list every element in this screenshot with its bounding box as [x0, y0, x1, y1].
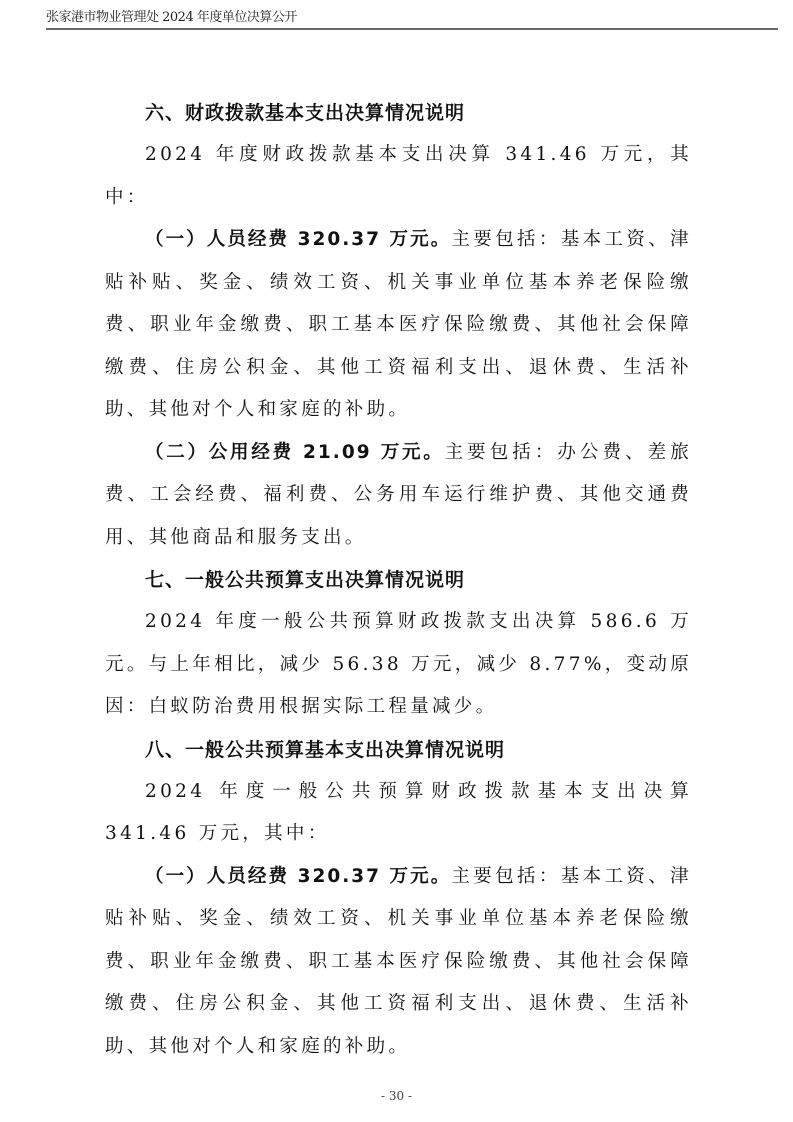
section-8-item-1: （一）人员经费 320.37 万元。主要包括：基本工资、津贴补贴、奖金、绩效工资…	[105, 856, 692, 1069]
section-heading-6: 六、财政拨款基本支出决算情况说明	[105, 92, 692, 134]
section-7-intro: 2024 年度一般公共预算财政拨款支出决算 586.6 万元。与上年相比，减少 …	[105, 601, 692, 729]
item-lead: （一）人员经费 320.37 万元。	[145, 229, 451, 250]
header-title: 张家港市物业管理处 2024 年度单位决算公开	[46, 10, 778, 26]
section-heading-7: 七、一般公共预算支出决算情况说明	[105, 559, 692, 601]
section-6-intro: 2024 年度财政拨款基本支出决算 341.46 万元，其中：	[105, 134, 692, 219]
item-text: 主要包括：基本工资、津贴补贴、奖金、绩效工资、机关事业单位基本养老保险缴费、职业…	[105, 229, 692, 420]
item-text: 主要包括：基本工资、津贴补贴、奖金、绩效工资、机关事业单位基本养老保险缴费、职业…	[105, 866, 692, 1057]
item-lead: （一）人员经费 320.37 万元。	[145, 866, 451, 887]
section-6-item-2: （二）公用经费 21.09 万元。主要包括：办公费、差旅费、工会经费、福利费、公…	[105, 432, 692, 560]
item-lead: （二）公用经费 21.09 万元。	[145, 442, 445, 463]
section-6-item-1: （一）人员经费 320.37 万元。主要包括：基本工资、津贴补贴、奖金、绩效工资…	[105, 219, 692, 432]
page-header: 张家港市物业管理处 2024 年度单位决算公开	[46, 10, 778, 30]
section-8-intro: 2024 年度一般公共预算财政拨款基本支出决算 341.46 万元，其中：	[105, 771, 692, 856]
page-number: - 30 -	[0, 1089, 793, 1103]
section-heading-8: 八、一般公共预算基本支出决算情况说明	[105, 729, 692, 771]
document-body: 六、财政拨款基本支出决算情况说明 2024 年度财政拨款基本支出决算 341.4…	[105, 92, 692, 1068]
